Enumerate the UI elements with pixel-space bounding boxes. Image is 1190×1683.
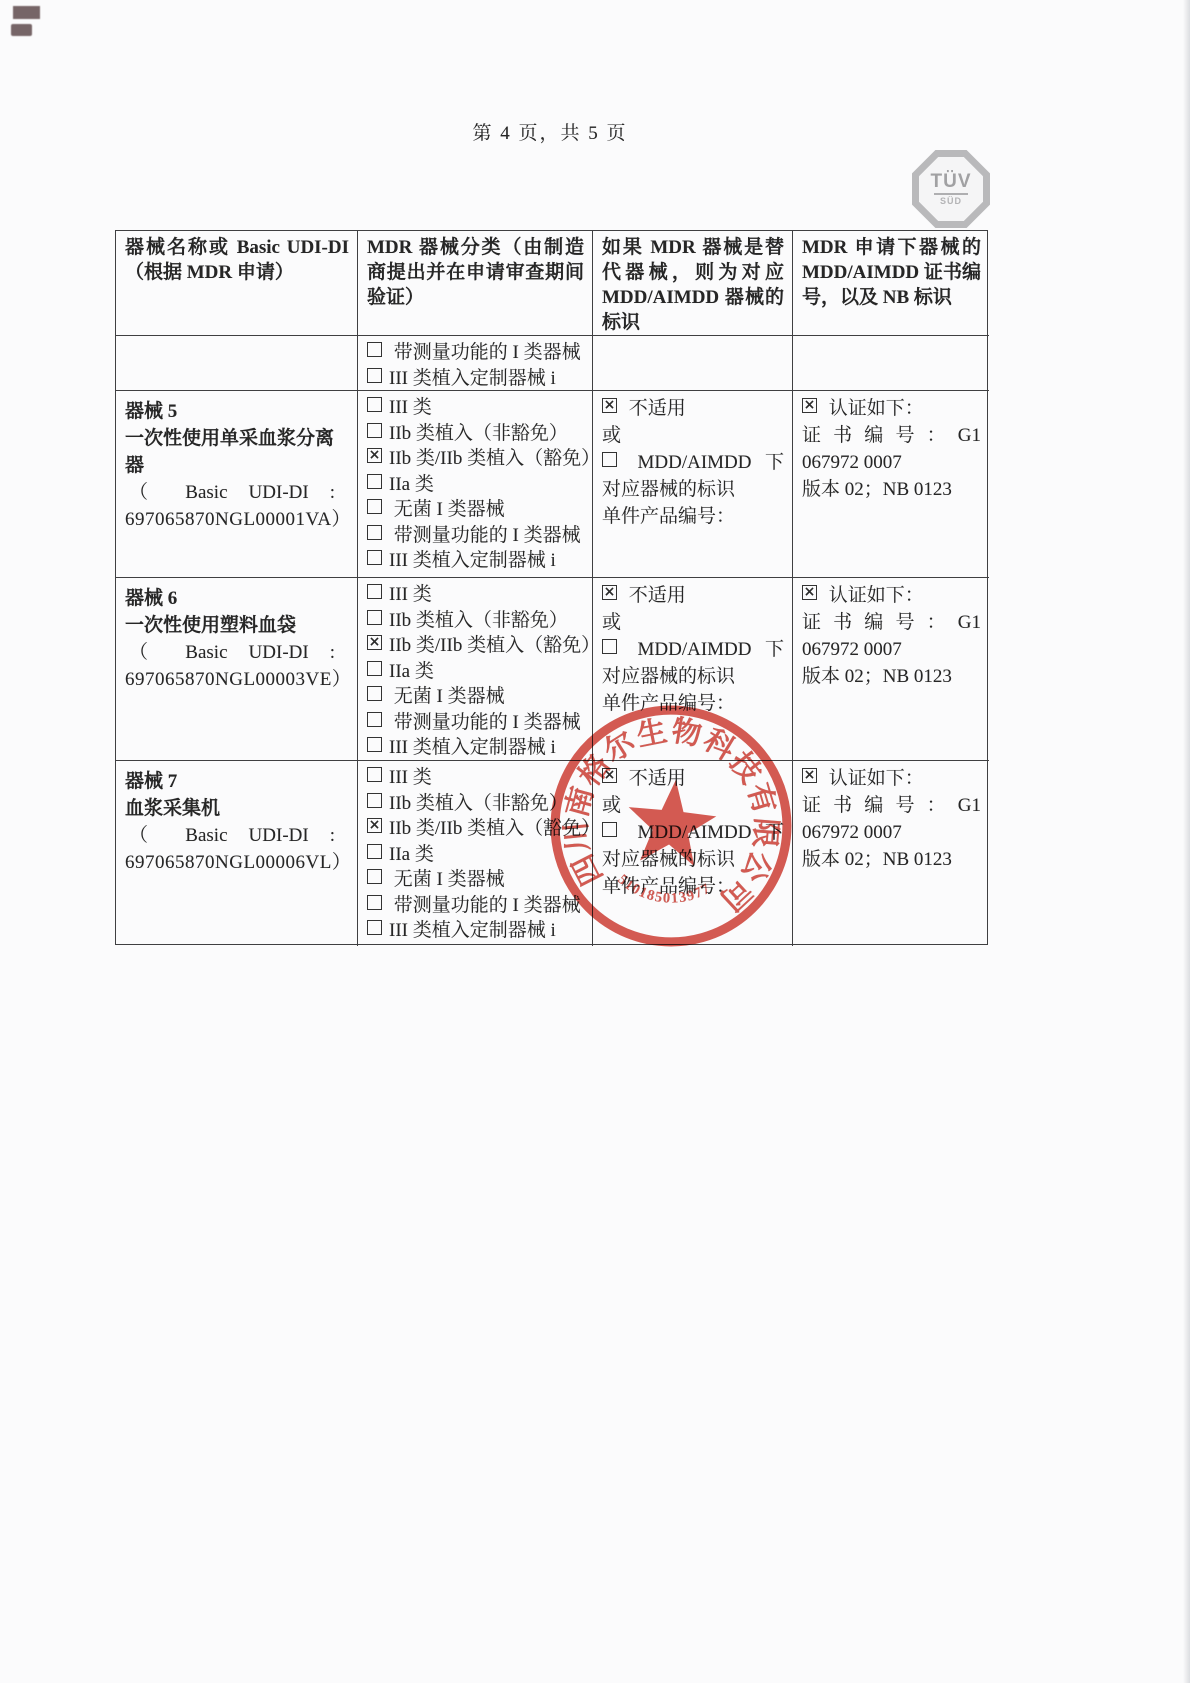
checkbox-icon (367, 550, 382, 565)
checkbox-checked-icon: × (802, 398, 817, 413)
checkbox-checked-icon: × (802, 768, 817, 783)
scan-artifact (11, 24, 32, 36)
or-label: 或 (602, 422, 784, 449)
option-label: 无菌 I 类器械 (394, 499, 505, 520)
device-name: 一次性使用塑料血袋 (125, 612, 349, 639)
classification-option: IIb 类植入（非豁免） (367, 608, 584, 634)
checkbox-icon (367, 499, 382, 514)
checkbox-icon (367, 920, 382, 935)
classification-option: ×IIb 类/IIb 类植入（豁免） (367, 446, 584, 472)
substitute-cell: × 不适用 或 MDD/AIMDD 下对应器械的标识 单件产品编号： (593, 578, 793, 761)
classification-option: III 类植入定制器械 i (367, 548, 584, 574)
classification-carryover-cell: 带测量功能的 I 类器械 III 类植入定制器械 i (358, 336, 593, 391)
classification-option: IIb 类植入（非豁免） (367, 421, 584, 447)
checkbox-checked-icon: × (367, 818, 382, 833)
tuv-sud-logo: TÜV SÜD (912, 150, 990, 228)
scan-artifact (13, 6, 40, 19)
option-label: IIb 类/IIb 类植入（豁免） (389, 635, 600, 656)
checkbox-icon (602, 452, 617, 467)
udi-label: （ Basic UDI-DI : (125, 479, 349, 506)
classification-option: 带测量功能的 I 类器械 (367, 710, 584, 736)
classification-cell: III 类 IIb 类植入（非豁免） ×IIb 类/IIb 类植入（豁免） II… (358, 578, 593, 761)
or-label: 或 (602, 609, 784, 636)
classification-option: 带测量功能的 I 类器械 (367, 340, 584, 366)
checkbox-icon (367, 767, 382, 782)
certificate-number: 证书编号：G1 067972 0007 (802, 792, 981, 846)
checkbox-icon (602, 639, 617, 654)
classification-option: ×IIb 类/IIb 类植入（豁免） (367, 816, 584, 842)
checkbox-icon (367, 584, 382, 599)
device-row-label: 器械 5 (125, 398, 349, 425)
option-label: 无菌 I 类器械 (394, 686, 505, 707)
checkbox-icon (367, 844, 382, 859)
checkbox-icon (367, 368, 382, 383)
checkbox-icon (367, 686, 382, 701)
option-label: IIa 类 (389, 661, 434, 682)
classification-option: III 类植入定制器械 i (367, 918, 584, 944)
checkbox-icon (367, 397, 382, 412)
option-label: 认证如下： (829, 768, 924, 789)
option-label: IIb 类植入（非豁免） (389, 793, 568, 814)
option-label: 不适用 (629, 585, 686, 606)
certificate-version: 版本 02；NB 0123 (802, 663, 981, 690)
checkbox-icon (367, 525, 382, 540)
checkbox-icon (367, 342, 382, 357)
option-label: IIb 类/IIb 类植入（豁免） (389, 818, 600, 839)
substitute-cell: × 不适用 或 MDD/AIMDD 下对应器械的标识 单件产品编号： (593, 761, 793, 946)
udi-label: （ Basic UDI-DI : (125, 822, 349, 849)
option-label: 带测量功能的 I 类器械 (394, 342, 581, 363)
document-page: 第 4 页，共 5 页 TÜV SÜD 器械名称或 Basic UDI-DI（根… (0, 0, 1190, 1683)
substitute-cell: × 不适用 或 MDD/AIMDD 下对应器械的标识 单件产品编号： (593, 391, 793, 578)
empty-cell (793, 336, 989, 391)
checkbox-icon (367, 895, 382, 910)
checkbox-icon (367, 712, 382, 727)
checkbox-checked-icon: × (367, 635, 382, 650)
checkbox-icon (367, 661, 382, 676)
mdd-option: MDD/AIMDD 下对应器械的标识 (602, 819, 784, 873)
device-cell: 器械 5 一次性使用单采血浆分离器 （ Basic UDI-DI : 69706… (116, 391, 358, 578)
classification-option: 带测量功能的 I 类器械 (367, 523, 584, 549)
option-label: IIb 类/IIb 类植入（豁免） (389, 448, 600, 469)
classification-option: III 类植入定制器械 i (367, 366, 584, 392)
option-label: IIb 类植入（非豁免） (389, 610, 568, 631)
classification-option: 无菌 I 类器械 (367, 684, 584, 710)
checkbox-checked-icon: × (602, 398, 617, 413)
checkbox-icon (367, 474, 382, 489)
classification-option: IIa 类 (367, 659, 584, 685)
classification-option: IIb 类植入（非豁免） (367, 791, 584, 817)
checkbox-icon (367, 423, 382, 438)
option-label: III 类植入定制器械 i (389, 920, 556, 941)
tuv-octagon: TÜV SÜD (912, 150, 990, 228)
classification-option: 无菌 I 类器械 (367, 867, 584, 893)
device-name: 一次性使用单采血浆分离器 (125, 425, 349, 479)
not-applicable-option: × 不适用 (602, 395, 784, 422)
option-label: MDD/AIMDD 下对应器械的标识 (602, 452, 784, 500)
option-label: III 类植入定制器械 i (389, 368, 556, 389)
header-cell-device-name: 器械名称或 Basic UDI-DI（根据 MDR 申请） (116, 231, 358, 336)
tuv-logo-text: TÜV (931, 173, 972, 191)
checkbox-checked-icon: × (602, 768, 617, 783)
device-row-label: 器械 6 (125, 585, 349, 612)
option-label: III 类植入定制器械 i (389, 550, 556, 571)
option-label: IIb 类植入（非豁免） (389, 423, 568, 444)
classification-option: IIa 类 (367, 842, 584, 868)
classification-option: IIa 类 (367, 472, 584, 498)
mdd-option: MDD/AIMDD 下对应器械的标识 (602, 636, 784, 690)
option-label: 带测量功能的 I 类器械 (394, 712, 581, 733)
page-number: 第 4 页，共 5 页 (0, 118, 1100, 145)
option-label: III 类植入定制器械 i (389, 737, 556, 758)
certificate-cell: × 认证如下： 证书编号：G1 067972 0007 版本 02；NB 012… (793, 578, 989, 761)
classification-option: III 类 (367, 765, 584, 791)
device-cell: 器械 7 血浆采集机 （ Basic UDI-DI : 697065870NGL… (116, 761, 358, 946)
device-name: 血浆采集机 (125, 795, 349, 822)
tuv-logo-rule (934, 193, 968, 195)
header-cell-certificate: MDR 申请下器械的 MDD/AIMDD 证书编号，以及 NB 标识 (793, 231, 989, 336)
checkbox-checked-icon: × (802, 585, 817, 600)
option-label: 带测量功能的 I 类器械 (394, 895, 581, 916)
empty-cell (116, 336, 358, 391)
certificate-number: 证书编号：G1 067972 0007 (802, 422, 981, 476)
checkbox-checked-icon: × (367, 448, 382, 463)
not-applicable-option: × 不适用 (602, 765, 784, 792)
option-label: 不适用 (629, 768, 686, 789)
checkbox-icon (367, 793, 382, 808)
certificate-cell: × 认证如下： 证书编号：G1 067972 0007 版本 02；NB 012… (793, 761, 989, 946)
header-cell-substitute-device: 如果 MDR 器械是替代器械，则为对应 MDD/AIMDD 器械的标识 (593, 231, 793, 336)
option-label: MDD/AIMDD 下对应器械的标识 (602, 639, 784, 687)
option-label: III 类 (389, 767, 432, 788)
udi-value: 697065870NGL00001VA） (125, 506, 349, 533)
classification-option: III 类 (367, 395, 584, 421)
classification-option: ×IIb 类/IIb 类植入（豁免） (367, 633, 584, 659)
header-cell-mdr-classification: MDR 器械分类（由制造商提出并在申请审查期间验证） (358, 231, 593, 336)
classification-option: 无菌 I 类器械 (367, 497, 584, 523)
device-table: 器械名称或 Basic UDI-DI（根据 MDR 申请） MDR 器械分类（由… (115, 230, 988, 945)
certificate-cell: × 认证如下： 证书编号：G1 067972 0007 版本 02；NB 012… (793, 391, 989, 578)
product-number-label: 单件产品编号： (602, 503, 784, 530)
checkbox-icon (602, 822, 617, 837)
certificate-version: 版本 02；NB 0123 (802, 476, 981, 503)
checkbox-icon (367, 737, 382, 752)
checkbox-icon (367, 869, 382, 884)
certificate-version: 版本 02；NB 0123 (802, 846, 981, 873)
certified-option: × 认证如下： (802, 395, 981, 422)
classification-cell: III 类 IIb 类植入（非豁免） ×IIb 类/IIb 类植入（豁免） II… (358, 761, 593, 946)
classification-option: III 类植入定制器械 i (367, 735, 584, 761)
or-label: 或 (602, 792, 784, 819)
tuv-logo-subtext: SÜD (940, 196, 962, 206)
not-applicable-option: × 不适用 (602, 582, 784, 609)
product-number-label: 单件产品编号： (602, 873, 784, 900)
classification-option: 带测量功能的 I 类器械 (367, 893, 584, 919)
device-row-label: 器械 7 (125, 768, 349, 795)
option-label: IIa 类 (389, 844, 434, 865)
classification-option: III 类 (367, 582, 584, 608)
option-label: 不适用 (629, 398, 686, 419)
option-label: III 类 (389, 397, 432, 418)
classification-cell: III 类 IIb 类植入（非豁免） ×IIb 类/IIb 类植入（豁免） II… (358, 391, 593, 578)
udi-label: （ Basic UDI-DI : (125, 639, 349, 666)
empty-cell (593, 336, 793, 391)
certified-option: × 认证如下： (802, 582, 981, 609)
option-label: 认证如下： (829, 398, 924, 419)
certificate-number: 证书编号：G1 067972 0007 (802, 609, 981, 663)
udi-value: 697065870NGL00003VE） (125, 666, 349, 693)
mdd-option: MDD/AIMDD 下对应器械的标识 (602, 449, 784, 503)
option-label: IIa 类 (389, 474, 434, 495)
product-number-label: 单件产品编号： (602, 690, 784, 717)
option-label: 认证如下： (829, 585, 924, 606)
option-label: 无菌 I 类器械 (394, 869, 505, 890)
option-label: 带测量功能的 I 类器械 (394, 525, 581, 546)
device-cell: 器械 6 一次性使用塑料血袋 （ Basic UDI-DI : 69706587… (116, 578, 358, 761)
option-label: III 类 (389, 584, 432, 605)
option-label: MDD/AIMDD 下对应器械的标识 (602, 822, 784, 870)
checkbox-icon (367, 610, 382, 625)
udi-value: 697065870NGL00006VL） (125, 849, 349, 876)
certified-option: × 认证如下： (802, 765, 981, 792)
checkbox-checked-icon: × (602, 585, 617, 600)
